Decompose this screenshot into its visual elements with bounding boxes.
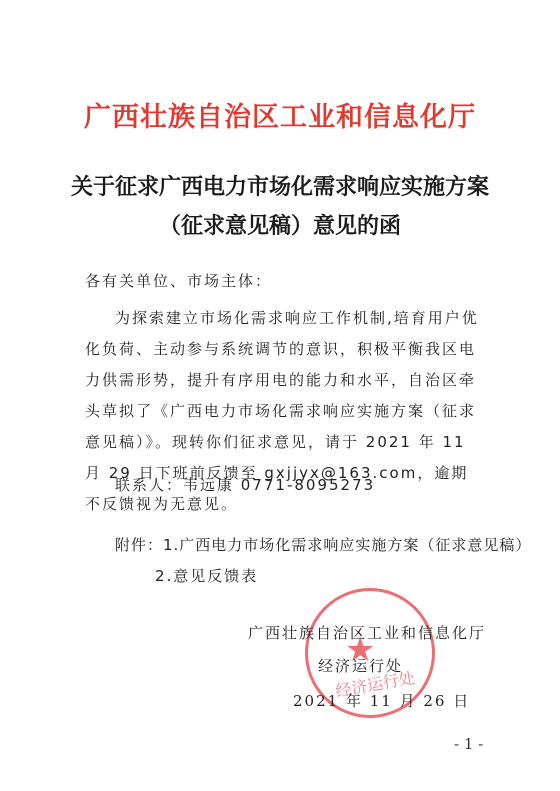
contact-line: 联系人：韦远康 0771-8095273 <box>115 474 515 495</box>
document-title-line-2: （征求意见稿）意见的函 <box>0 209 560 240</box>
signature-organization: 广西壮族自治区工业和信息化厅 <box>248 622 486 643</box>
attachment-item-1: 附件：1.广西电力市场化需求响应实施方案（征求意见稿） <box>115 534 535 555</box>
salutation: 各有关单位、市场主体： <box>85 270 485 291</box>
page-number: - 1 - <box>454 735 483 753</box>
issuing-organization-header: 广西壮族自治区工业和信息化厅 <box>0 95 560 134</box>
signature-department: 经济运行处 <box>318 655 403 676</box>
attachment-item-2: 2.意见反馈表 <box>155 565 555 586</box>
signature-date: 2021 年 11 月 26 日 <box>293 690 470 711</box>
document-title-line-1: 关于征求广西电力市场化需求响应实施方案 <box>0 170 560 201</box>
